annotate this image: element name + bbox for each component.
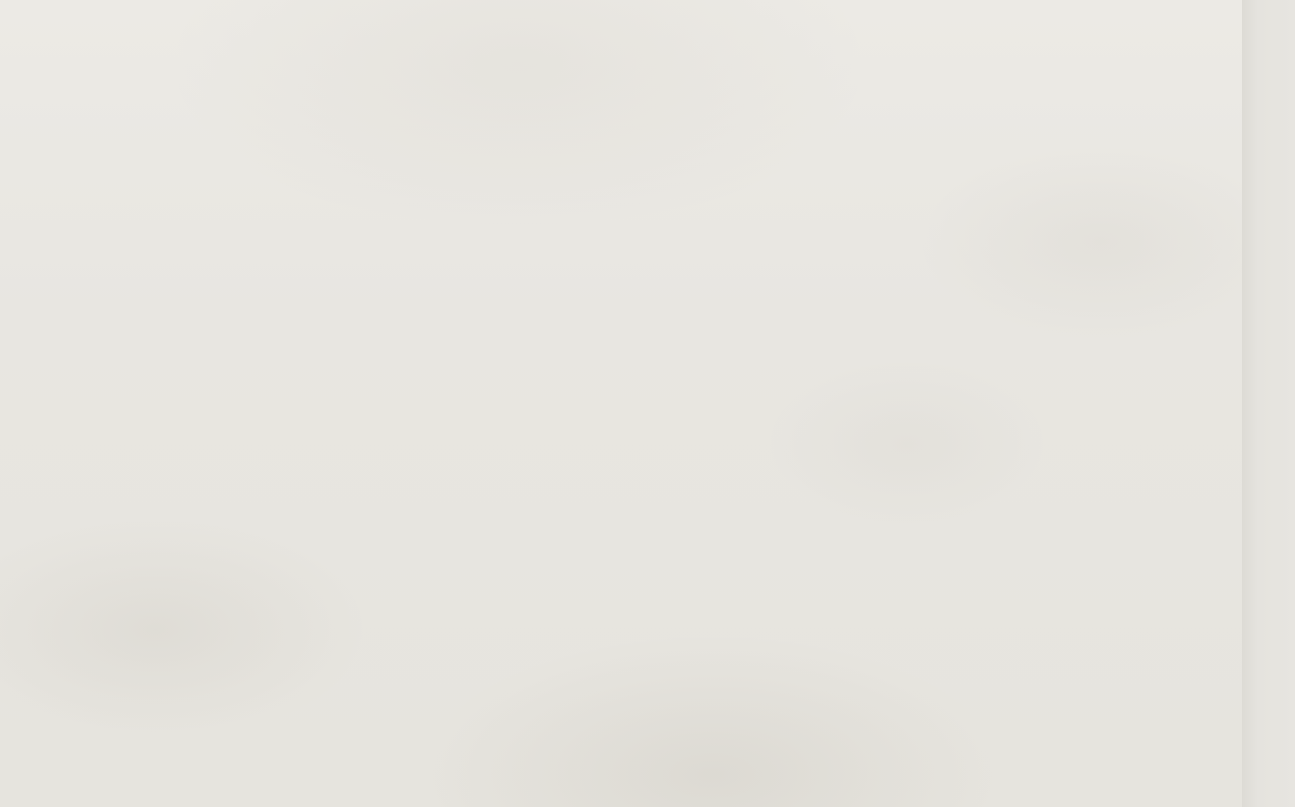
- binding-edge: [1230, 0, 1236, 807]
- facing-page-edge: [1242, 0, 1295, 807]
- paper-background: [0, 0, 1295, 807]
